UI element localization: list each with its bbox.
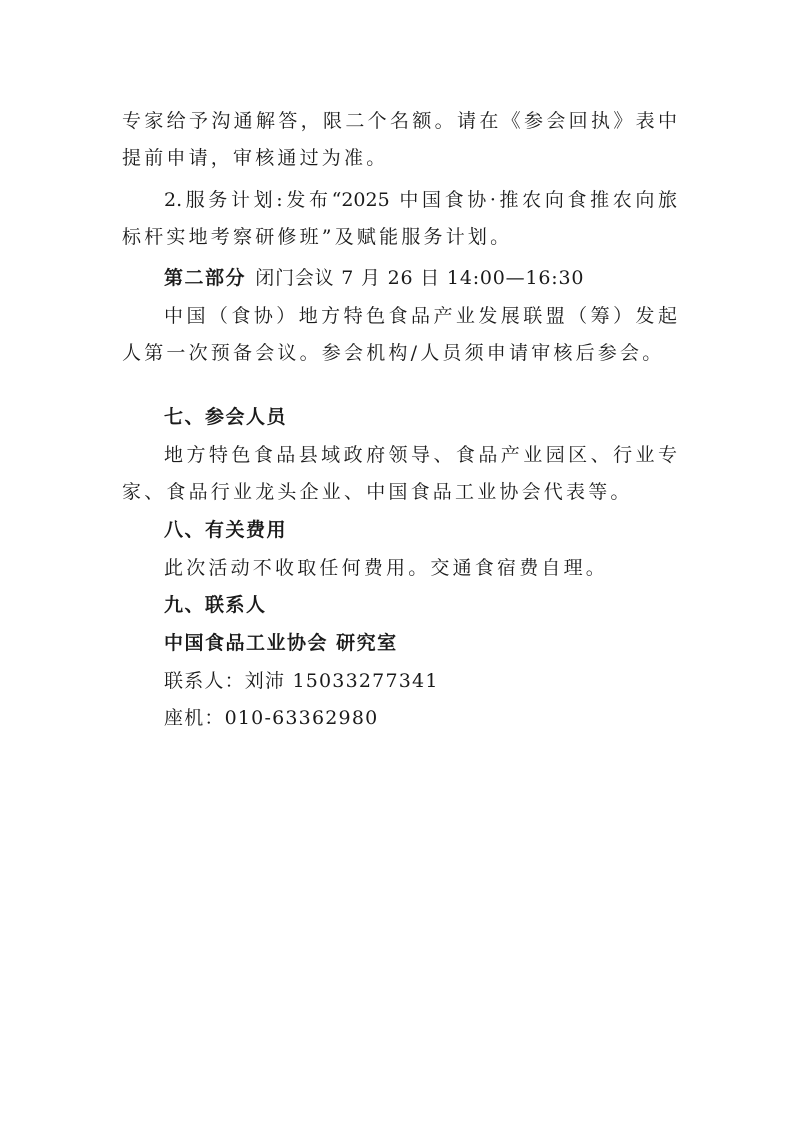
section7-line2: 家、食品行业龙头企业、中国食品工业协会代表等。	[122, 480, 677, 504]
service-plan-line2: 标杆实地考察研修班”及赋能服务计划。	[122, 225, 677, 249]
part-two-time: 闭门会议 7 月 26 日 14:00—16:30	[255, 267, 584, 289]
section9-heading: 九、联系人	[164, 593, 719, 617]
service-plan-line1: 2.服务计划:发布“2025 中国食协·推农向食推农向旅	[164, 188, 677, 212]
contact-person: 联系人：刘沛 15033277341	[164, 669, 719, 693]
para-expert-line2: 提前申请，审核通过为准。	[122, 146, 677, 170]
section7-heading: 七、参会人员	[164, 405, 719, 429]
section8-heading: 八、有关费用	[164, 518, 719, 542]
para-expert-line1: 专家给予沟通解答，限二个名额。请在《参会回执》表中	[122, 109, 677, 133]
section8-text: 此次活动不收取任何费用。交通食宿费自理。	[164, 556, 719, 580]
section7-line1: 地方特色食品县域政府领导、食品产业园区、行业专	[164, 443, 677, 467]
contact-landline: 座机：010-63362980	[164, 706, 719, 730]
part-two-desc-line1: 中国（食协）地方特色食品产业发展联盟（筹）发起	[164, 304, 677, 328]
contact-org: 中国食品工业协会 研究室	[164, 631, 719, 655]
part-two-label: 第二部分	[164, 267, 246, 289]
part-two-desc-line2: 人第一次预备会议。参会机构/人员须申请审核后参会。	[122, 341, 677, 365]
part-two-heading: 第二部分 闭门会议 7 月 26 日 14:00—16:30	[164, 266, 719, 290]
